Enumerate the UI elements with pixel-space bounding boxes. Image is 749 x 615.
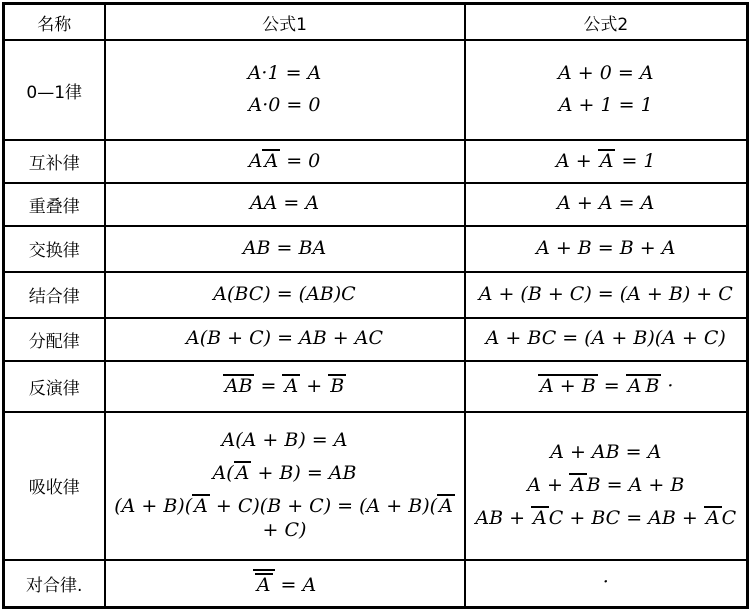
header-row: 名称 公式1 公式2: [4, 4, 748, 41]
formula2-cell: A + (B + C) = (A + B) + C: [465, 272, 748, 318]
header-name: 名称: [4, 4, 105, 41]
formula: AB = A + B: [106, 374, 464, 399]
page: 名称 公式1 公式2 0—1律A·1 = AA·0 = 0A + 0 = AA …: [0, 0, 749, 615]
table-row: 分配律A(B + C) = AB + ACA + BC = (A + B)(A …: [4, 318, 748, 361]
formula: A(A + B) = A: [106, 429, 464, 453]
table-row: 吸收律A(A + B) = AA(A + B) = AB(A + B)(A + …: [4, 412, 748, 560]
formula: AB = BA: [106, 237, 464, 261]
formula1-cell: AB = A + B: [105, 361, 465, 412]
formula: A + A = A: [466, 192, 747, 216]
formula: A + 1 = 1: [466, 94, 747, 118]
formula: ·: [466, 571, 747, 595]
law-name: 交换律: [4, 226, 105, 272]
formula: A·1 = A: [106, 62, 464, 86]
law-name: 反演律: [4, 361, 105, 412]
formula: A·0 = 0: [106, 94, 464, 118]
table-body: 0—1律A·1 = AA·0 = 0A + 0 = AA + 1 = 1互补律A…: [4, 40, 748, 607]
formula2-cell: A + A = 1: [465, 140, 748, 183]
law-name: 结合律: [4, 272, 105, 318]
formula: AA = 0: [106, 149, 464, 174]
formula2-cell: A + AB = AA + AB = A + BAB + AC + BC = A…: [465, 412, 748, 560]
law-name: 重叠律: [4, 183, 105, 226]
formula2-cell: A + B = AB ·: [465, 361, 748, 412]
formula: A = A: [106, 569, 464, 598]
formula1-cell: AA = A: [105, 183, 465, 226]
table-row: 反演律AB = A + BA + B = AB ·: [4, 361, 748, 412]
table-row: 交换律AB = BAA + B = B + A: [4, 226, 748, 272]
law-name: 吸收律: [4, 412, 105, 560]
law-name: 对合律.: [4, 560, 105, 607]
header-formula1: 公式1: [105, 4, 465, 41]
law-name: 互补律: [4, 140, 105, 183]
header-formula2: 公式2: [465, 4, 748, 41]
formula2-cell: A + 0 = AA + 1 = 1: [465, 40, 748, 140]
formula: A + 0 = A: [466, 62, 747, 86]
table-row: 重叠律AA = AA + A = A: [4, 183, 748, 226]
table-row: 对合律.A = A·: [4, 560, 748, 607]
formula: A + B = AB ·: [466, 374, 747, 399]
law-name: 0—1律: [4, 40, 105, 140]
table-row: 0—1律A·1 = AA·0 = 0A + 0 = AA + 1 = 1: [4, 40, 748, 140]
formula1-cell: A·1 = AA·0 = 0: [105, 40, 465, 140]
formula1-cell: A = A: [105, 560, 465, 607]
boolean-laws-table: 名称 公式1 公式2 0—1律A·1 = AA·0 = 0A + 0 = AA …: [2, 2, 749, 609]
formula1-cell: A(BC) = (AB)C: [105, 272, 465, 318]
formula: A(BC) = (AB)C: [106, 283, 464, 307]
formula2-cell: A + BC = (A + B)(A + C): [465, 318, 748, 361]
formula: A(B + C) = AB + AC: [106, 327, 464, 351]
formula: AA = A: [106, 192, 464, 216]
formula: (A + B)(A + C)(B + C) = (A + B)(A + C): [106, 494, 464, 543]
formula: A + BC = (A + B)(A + C): [466, 327, 747, 351]
law-name: 分配律: [4, 318, 105, 361]
formula: A + (B + C) = (A + B) + C: [466, 283, 747, 307]
formula1-cell: AB = BA: [105, 226, 465, 272]
formula2-cell: A + B = B + A: [465, 226, 748, 272]
formula1-cell: A(A + B) = AA(A + B) = AB(A + B)(A + C)(…: [105, 412, 465, 560]
formula: A + A = 1: [466, 149, 747, 174]
formula2-cell: A + A = A: [465, 183, 748, 226]
formula1-cell: A(B + C) = AB + AC: [105, 318, 465, 361]
formula2-cell: ·: [465, 560, 748, 607]
table-header: 名称 公式1 公式2: [4, 4, 748, 41]
formula1-cell: AA = 0: [105, 140, 465, 183]
formula: A + AB = A + B: [466, 473, 747, 498]
table-row: 结合律A(BC) = (AB)CA + (B + C) = (A + B) + …: [4, 272, 748, 318]
formula: A + AB = A: [466, 441, 747, 465]
formula: AB + AC + BC = AB + AC: [466, 506, 747, 531]
formula: A + B = B + A: [466, 237, 747, 261]
table-row: 互补律AA = 0A + A = 1: [4, 140, 748, 183]
formula: A(A + B) = AB: [106, 461, 464, 486]
